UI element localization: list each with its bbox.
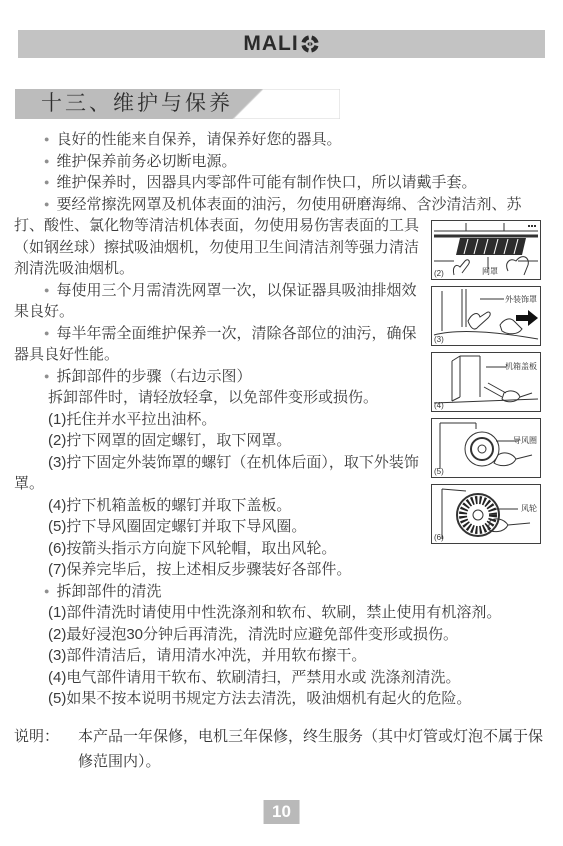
bullet-text: 每使用三个月需清洗网罩一次，以保证器具吸油排烟效果良好。 xyxy=(14,282,416,321)
figure-panel-mesh-cover: 网罩 (2) xyxy=(431,220,541,280)
section-slash-decoration xyxy=(228,89,340,119)
page-number-badge: 10 xyxy=(263,800,300,824)
figure-part-label: 风轮 xyxy=(521,504,537,513)
section-subtitle-text: 拆卸部件的清洗 xyxy=(56,583,161,600)
figure-column: 网罩 (2) 外装饰罩 (3) xyxy=(421,220,543,550)
figure-index: (4) xyxy=(434,401,444,410)
cleaning-title: ●拆卸部件的清洗 xyxy=(14,581,543,603)
figure-panel-air-guide-ring: 导风圈 (5) xyxy=(431,418,541,478)
cleaning-step: (4)电气部件请用干软布、软刷清扫，严禁用水或 洗涤剂清洗。 xyxy=(14,667,543,689)
bullet-icon: ● xyxy=(44,194,49,216)
figure-panel-fan-wheel: 风轮 (6) xyxy=(431,484,541,544)
bullet-text: 维护保养时，因器具内零部件可能有制作快口，所以请戴手套。 xyxy=(56,174,476,191)
brand-logo-text: MALI xyxy=(243,30,298,58)
bullet-text: 良好的性能来自保养，请保养好您的器具。 xyxy=(56,131,341,148)
figure-index: (3) xyxy=(434,335,444,344)
cleaning-step: (1)部件清洗时请使用中性洗涤剂和软布、软刷，禁止使用有机溶剂。 xyxy=(14,602,543,624)
bullet-icon: ● xyxy=(44,151,49,173)
disassembly-step: (7)保养完毕后，按上述相反步骤装好各部件。 xyxy=(14,559,543,581)
figure-index: (5) xyxy=(434,467,444,476)
cleaning-step: (3)部件清洁后，请用清水冲洗，并用软布擦干。 xyxy=(14,645,543,667)
figure-index: (2) xyxy=(434,269,444,278)
bullet-icon: ● xyxy=(44,323,49,345)
bullet-text: 每半年需全面维护保养一次，清除各部位的油污，确保器具良好性能。 xyxy=(14,325,416,364)
manual-page: MALI 十三、维护与保养 ●良好的性能来自保养，请保养好您的器具。 ●维护保养… xyxy=(0,0,563,846)
bullet-icon: ● xyxy=(44,129,49,151)
warranty-note: 说明： 本产品一年保修，电机三年保修，终生服务（其中灯管或灯泡不属于保修范围内）… xyxy=(14,724,543,774)
brand-logo-bar: MALI xyxy=(18,30,545,58)
figure-part-label: 导风圈 xyxy=(513,436,537,445)
bullet-icon: ● xyxy=(44,172,49,194)
maintenance-bullet: ●良好的性能来自保养，请保养好您的器具。 xyxy=(14,129,543,151)
maintenance-bullet: ●维护保养时，因器具内零部件可能有制作快口，所以请戴手套。 xyxy=(14,172,543,194)
figure-panel-case-cover: 机箱盖板 (4) xyxy=(431,352,541,412)
fan-wheel-illustration xyxy=(432,485,540,543)
cleaning-step: (2)最好浸泡30分钟后再清洗，清洗时应避免部件变形或损伤。 xyxy=(14,624,543,646)
maintenance-bullet: ●维护保养前务必切断电源。 xyxy=(14,151,543,173)
air-guide-ring-illustration xyxy=(432,419,540,477)
section-subtitle-text: 拆卸部件的步骤（右边示图） xyxy=(56,368,251,385)
figure-part-label: 网罩 xyxy=(482,267,498,276)
figure-panel-outer-cover: 外装饰罩 (3) xyxy=(431,286,541,346)
warranty-label: 说明： xyxy=(14,724,78,774)
section-title: 十三、维护与保养 xyxy=(15,89,233,119)
cleaning-step: (5)如果不按本说明书规定方法去清洗，吸油烟机有起火的危险。 xyxy=(14,688,543,710)
bullet-text: 维护保养前务必切断电源。 xyxy=(56,153,236,170)
bullet-icon: ● xyxy=(44,366,49,388)
brand-logo-o-icon xyxy=(300,34,320,54)
section-header: 十三、维护与保养 xyxy=(15,89,340,119)
warranty-text: 本产品一年保修，电机三年保修，终生服务（其中灯管或灯泡不属于保修范围内）。 xyxy=(78,724,543,774)
figure-part-label: 外装饰罩 xyxy=(505,295,537,304)
body-content: ●良好的性能来自保养，请保养好您的器具。 ●维护保养前务必切断电源。 ●维护保养… xyxy=(14,129,543,710)
bullet-icon: ● xyxy=(44,581,49,603)
figure-index: (6) xyxy=(434,533,444,542)
figure-part-label: 机箱盖板 xyxy=(505,362,537,371)
bullet-icon: ● xyxy=(44,280,49,302)
